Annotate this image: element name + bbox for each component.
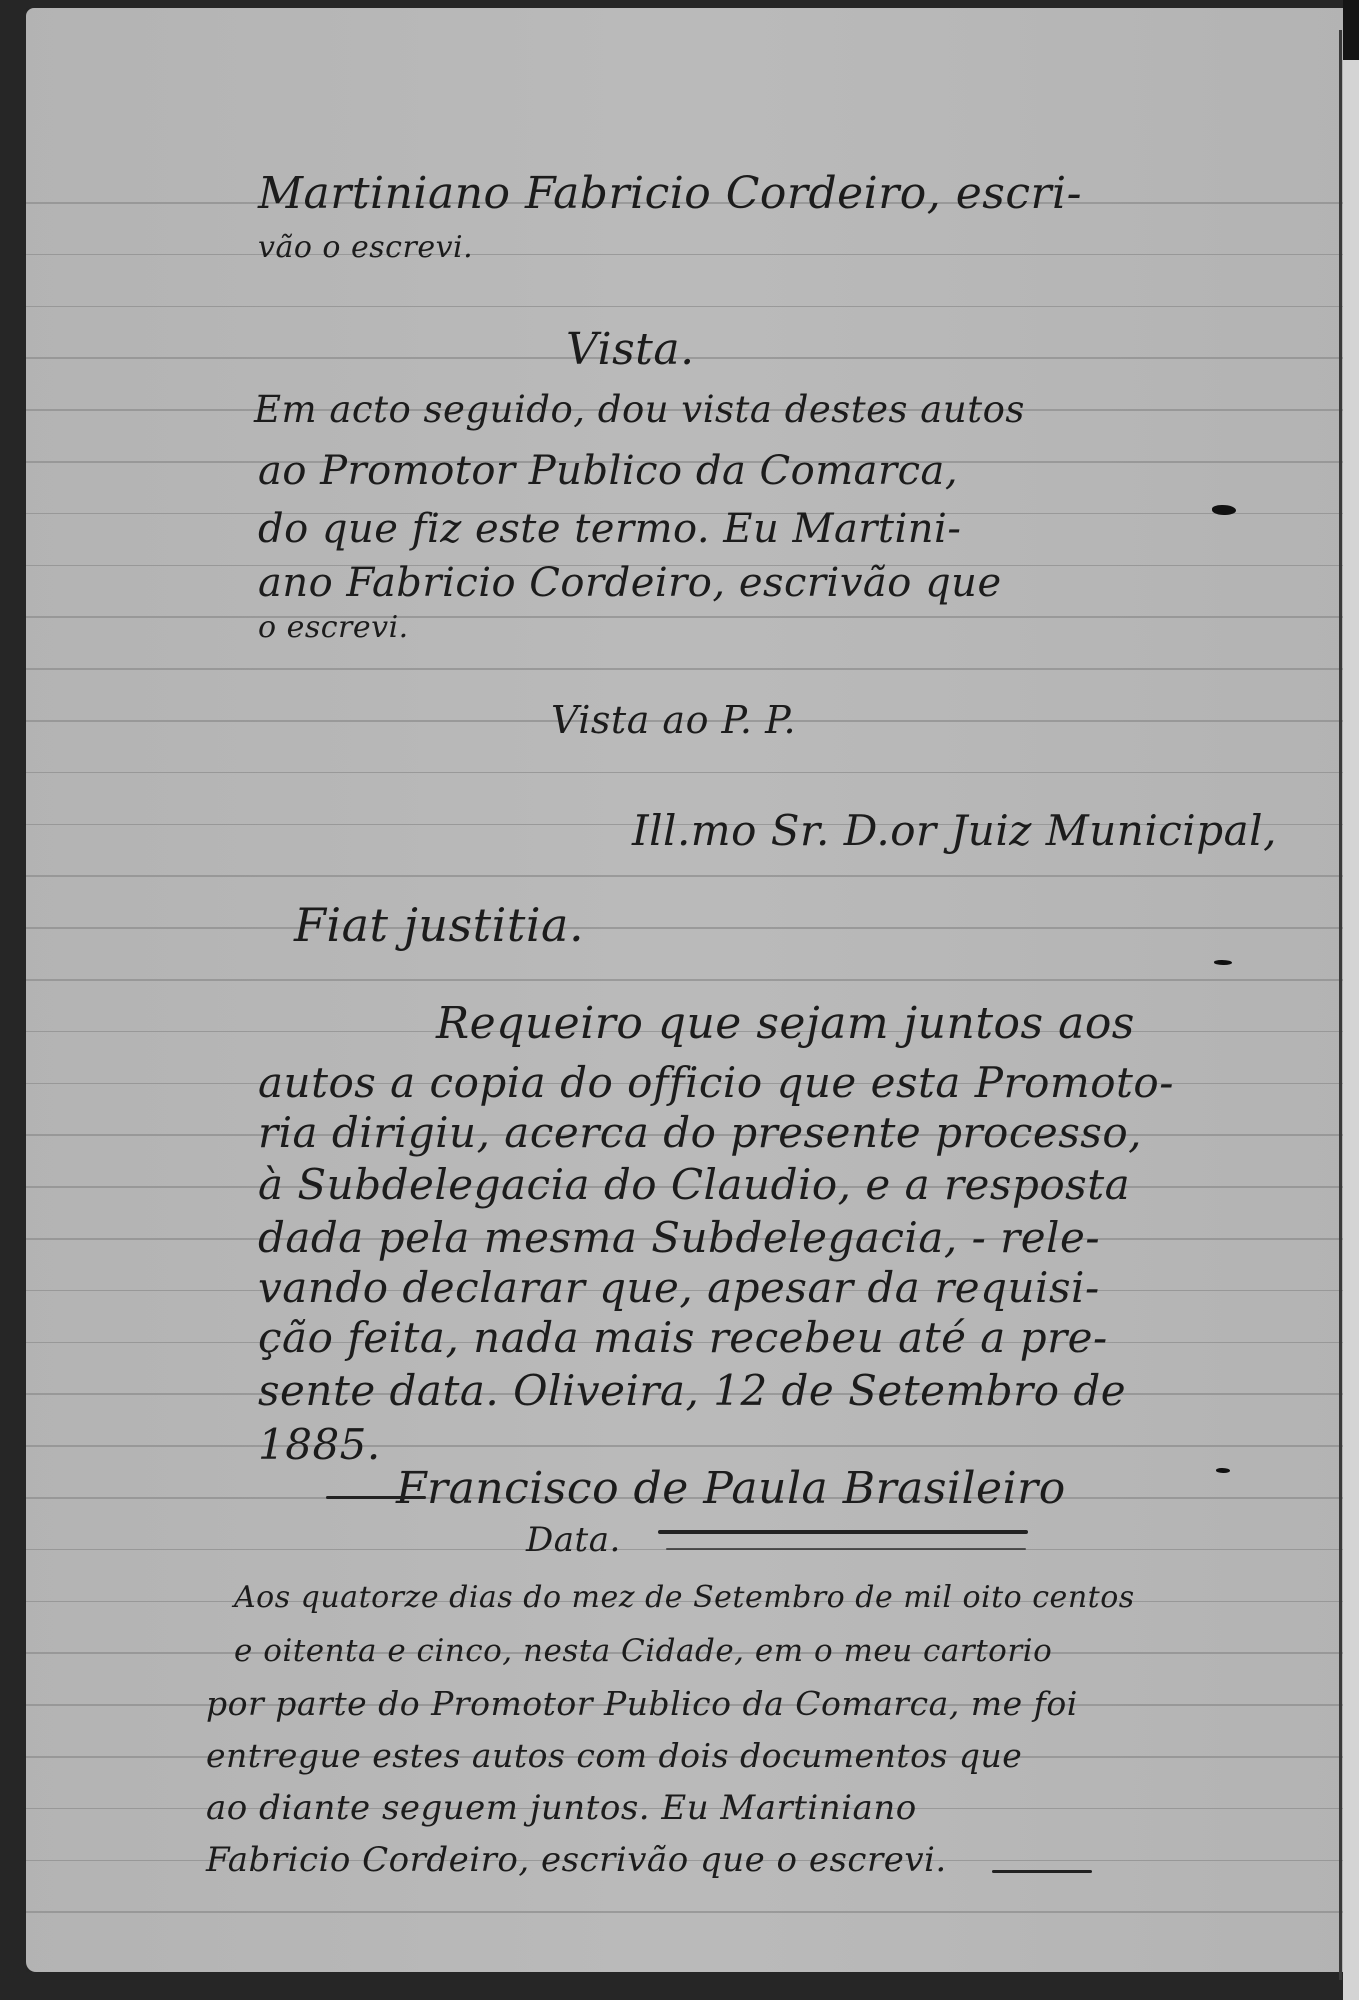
salutation: Ill.mo Sr. D.or Juiz Municipal, [632,806,1277,855]
text-line: o escrevi. [258,610,409,645]
text-line: sente data. Oliveira, 12 de Setembro de [258,1366,1126,1415]
ruled-line [26,306,1343,308]
text-line: Em acto seguido, dou vista destes autos [254,388,1025,431]
page-edge-line [1339,30,1342,1980]
closing-flourish [992,1870,1092,1873]
ruled-line [26,927,1343,929]
adjacent-page-edge [1343,60,1359,2000]
signature-flourish [658,1530,1028,1534]
text-line: ao diante seguem juntos. Eu Martiniano [206,1788,917,1828]
text-line: vando declarar que, apesar da requisi- [258,1263,1100,1312]
text-line: autos a copia do officio que esta Promot… [258,1058,1174,1107]
text-line: Fabricio Cordeiro, escrivão que o escrev… [206,1840,947,1880]
text-line: dada pela mesma Subdelegacia, - rele- [258,1213,1100,1262]
text-line: do que fiz este termo. Eu Martini- [258,506,961,552]
text-line: vão o escrevi. [258,230,473,265]
ruled-line [26,1911,1343,1913]
text-line: e oitenta e cinco, nesta Cidade, em o me… [234,1633,1052,1669]
heading-data: Data. [526,1520,621,1560]
heading-vista-pp: Vista ao P. P. [551,698,796,742]
ruled-line [26,979,1343,981]
ruled-lines [26,8,1343,1972]
signature-underline [326,1496,426,1499]
text-line: ao Promotor Publico da Comarca, [258,448,958,494]
heading-vista: Vista. [566,324,695,375]
signature-flourish-lower [666,1548,1026,1550]
text-line: Aos quatorze dias do mez de Setembro de … [234,1580,1135,1615]
text-line: ção feita, nada mais recebeu até a pre- [258,1313,1108,1362]
date-year: 1885. [258,1420,381,1469]
text-line: Requeiro que sejam juntos aos [436,998,1135,1049]
manuscript-page: Martiniano Fabricio Cordeiro, escri- vão… [26,8,1343,1972]
ruled-line [26,875,1343,877]
signature: Francisco de Paula Brasileiro [396,1463,1066,1514]
text-line: ria dirigiu, acerca do presente processo… [258,1108,1142,1157]
fiat-justitia: Fiat justitia. [294,898,584,952]
text-line: por parte do Promotor Publico da Comarca… [206,1684,1078,1723]
ruled-line [26,668,1343,670]
ink-blot [1212,505,1236,515]
ruled-line [26,254,1343,256]
ruled-line [26,1445,1343,1447]
scan-background-corner [1343,0,1359,62]
ink-blot [1216,1468,1230,1473]
text-line: entregue estes autos com dois documentos… [206,1736,1022,1775]
ink-blot [1214,960,1232,965]
text-line: ano Fabricio Cordeiro, escrivão que [258,560,1002,606]
ruled-line [26,772,1343,774]
text-line: Martiniano Fabricio Cordeiro, escri- [258,168,1082,219]
ruled-line [26,616,1343,618]
text-line: à Subdelegacia do Claudio, e a resposta [258,1160,1130,1209]
